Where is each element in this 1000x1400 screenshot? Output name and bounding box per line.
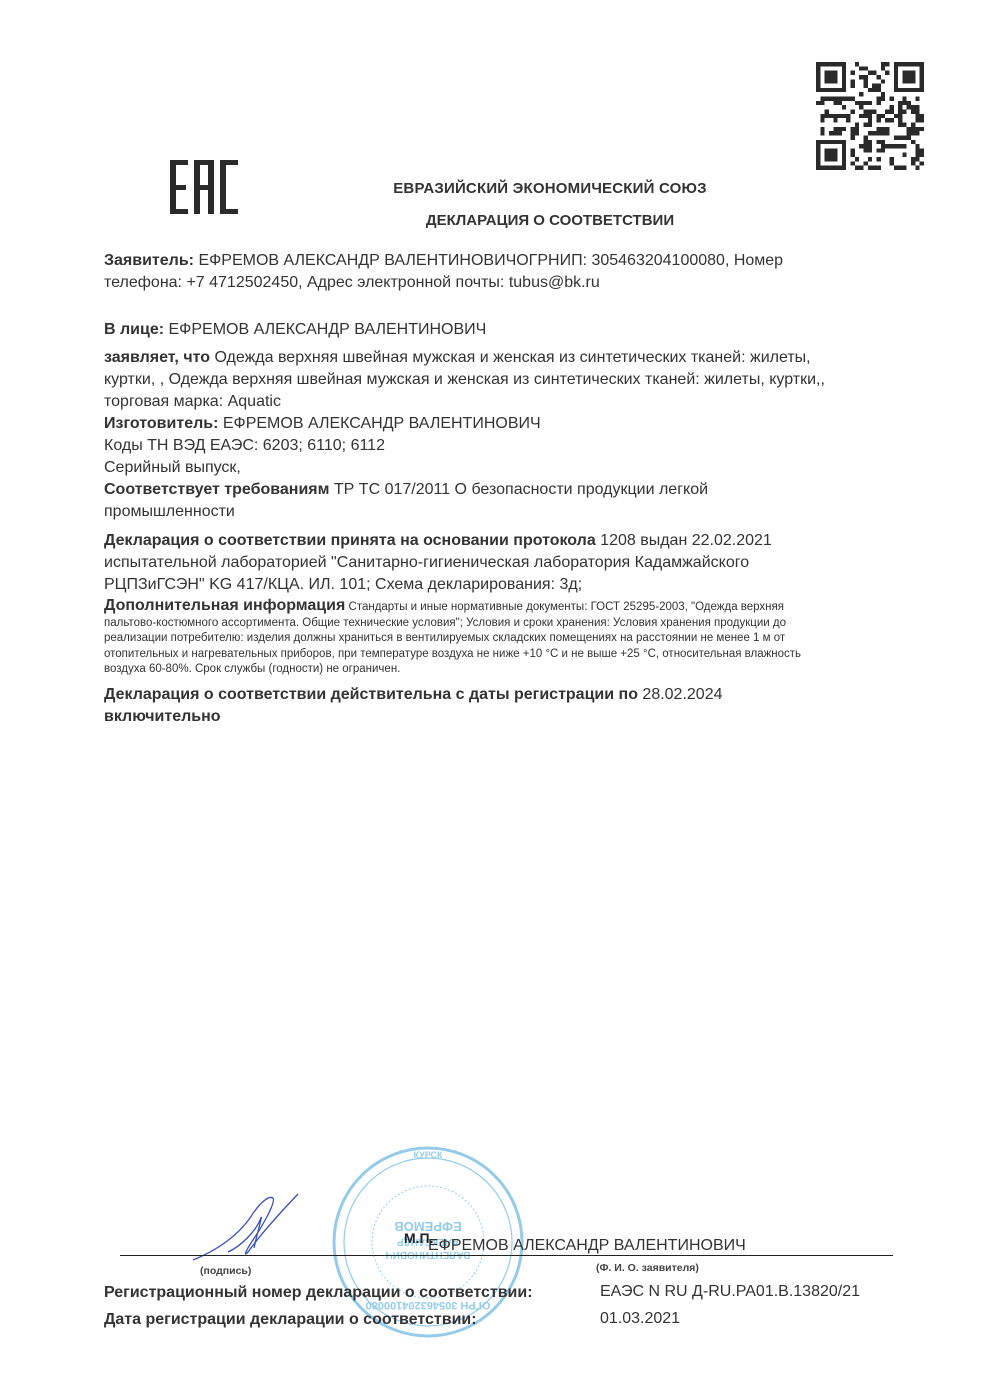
registration-date: 01.03.2021: [600, 1310, 680, 1328]
additional-line: Стандарты и иные нормативные документы: …: [345, 601, 784, 613]
signature-mark: [188, 1190, 308, 1270]
qr-code-icon: [816, 62, 924, 170]
protocol-info: 1208 выдан 22.02.2021: [596, 532, 772, 549]
trademark: торговая марка: Aquatic: [104, 393, 281, 410]
name-caption: (Ф. И. О. заявителя): [596, 1262, 699, 1274]
basis-label: Декларация о соответствии принята на осн…: [104, 532, 596, 549]
eac-logo: [168, 158, 240, 216]
declares-block: заявляет, что Одежда верхняя швейная муж…: [104, 347, 904, 523]
signature-line: [120, 1255, 472, 1256]
basis-block: Декларация о соответствии принята на осн…: [104, 530, 904, 596]
additional-line: пальтово-костюмного ассортимента. Общие …: [104, 617, 786, 629]
manufacturer-label: Изготовитель:: [104, 415, 218, 432]
tn-ved-codes: Коды ТН ВЭД ЕАЭС: 6203; 6110; 6112: [104, 437, 385, 454]
applicant-contacts: телефона: +7 4712502450, Адрес электронн…: [104, 274, 600, 291]
serial-release: Серийный выпуск,: [104, 459, 241, 476]
additional-line: отопительных и нагревательных приборов, …: [104, 648, 801, 660]
union-heading: ЕВРАЗИЙСКИЙ ЭКОНОМИЧЕСКИЙ СОЮЗ: [340, 180, 760, 197]
additional-info-block: Дополнительная информация Стандарты и ин…: [104, 598, 904, 678]
eac-mark-icon: [168, 158, 240, 216]
registration-number: ЕАЭС N RU Д-RU.PA01.B.13820/21: [600, 1283, 860, 1301]
applicant-label: Заявитель:: [104, 252, 194, 269]
applicant-text: ЕФРЕМОВ АЛЕКСАНДР ВАЛЕНТИНОВИЧОГРНИП: 30…: [194, 252, 783, 269]
compliance-regulation: ТР ТС 017/2011 О безопасности продукции …: [329, 481, 708, 498]
representative-label: В лице:: [104, 321, 164, 338]
applicant-block: Заявитель: ЕФРЕМОВ АЛЕКСАНДР ВАЛЕНТИНОВИ…: [104, 250, 864, 294]
manufacturer-name: ЕФРЕМОВ АЛЕКСАНДР ВАЛЕНТИНОВИЧ: [218, 415, 540, 432]
product-line2: куртки, , Одежда верхняя швейная мужская…: [104, 371, 825, 388]
additional-info-label: Дополнительная информация: [104, 597, 345, 614]
applicant-name: ЕФРЕМОВ АЛЕКСАНДР ВАЛЕНТИНОВИЧ: [428, 1237, 746, 1255]
validity-label: Декларация о соответствии действительна …: [104, 686, 638, 703]
additional-line: реализации потребителю: изделия должны х…: [104, 632, 785, 644]
registration-date-label: Дата регистрации декларации о соответств…: [104, 1311, 477, 1329]
product-line1: Одежда верхняя швейная мужская и женская…: [210, 349, 811, 366]
validity-date: 28.02.2024: [638, 686, 723, 703]
name-line: [425, 1255, 893, 1256]
stamp-city: КУРСК: [413, 1150, 443, 1160]
validity-inclusive: включительно: [104, 708, 221, 725]
signature-caption: (подпись): [200, 1265, 251, 1277]
validity-block: Декларация о соответствии действительна …: [104, 684, 904, 728]
scheme-info: РЦПЗиГСЭН" KG 417/КЦА. ИЛ. 101; Схема де…: [104, 576, 582, 593]
representative-block: В лице: ЕФРЕМОВ АЛЕКСАНДР ВАЛЕНТИНОВИЧ: [104, 319, 864, 341]
document-title: ДЕКЛАРАЦИЯ О СООТВЕТСТВИИ: [340, 212, 760, 229]
additional-line: воздуха 60-80%. Срок службы (годности) н…: [104, 663, 400, 675]
laboratory-info: испытательной лабораторией "Санитарно-ги…: [104, 554, 749, 571]
representative-name: ЕФРЕМОВ АЛЕКСАНДР ВАЛЕНТИНОВИЧ: [164, 321, 486, 338]
registration-number-label: Регистрационный номер декларации о соотв…: [104, 1284, 533, 1302]
compliance-label: Соответствует требованиям: [104, 481, 329, 498]
compliance-regulation-cont: промышленности: [104, 503, 235, 520]
declares-label: заявляет, что: [104, 349, 210, 366]
